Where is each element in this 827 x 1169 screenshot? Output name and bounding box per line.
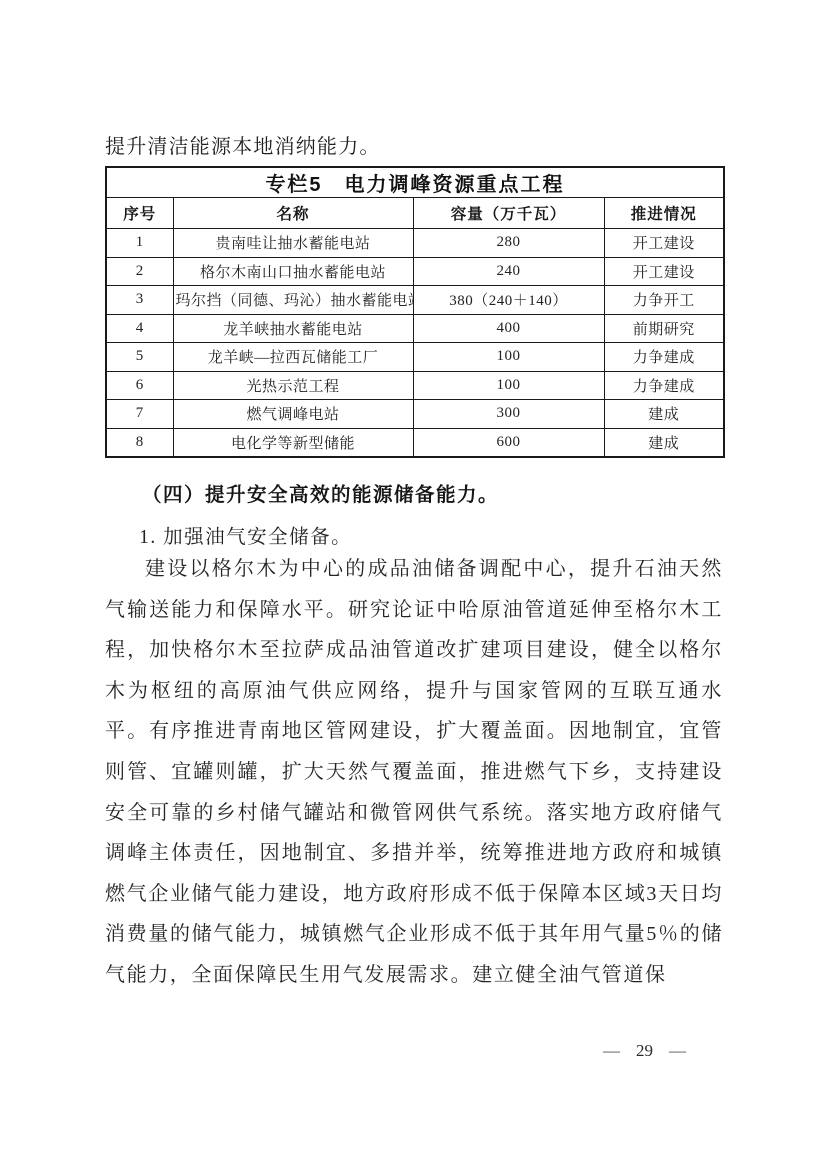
table-title-row: 专栏5 电力调峰资源重点工程 [106, 167, 724, 198]
table-row: 2 格尔木南山口抽水蓄能电站 240 开工建设 [106, 257, 724, 286]
body-paragraph: 建设以格尔木为中心的成品油储备调配中心，提升石油天然气输送能力和保障水平。研究论… [105, 549, 723, 996]
cell-seq: 8 [106, 428, 173, 457]
table-title: 专栏5 电力调峰资源重点工程 [106, 167, 724, 198]
column-header-seq: 序号 [106, 198, 173, 229]
cell-status: 建成 [604, 400, 724, 429]
section-heading-four: （四）提升安全高效的能源储备能力。 [105, 479, 725, 507]
cell-name: 电化学等新型储能 [173, 428, 413, 457]
cell-name: 格尔木南山口抽水蓄能电站 [173, 257, 413, 286]
table-row: 7 燃气调峰电站 300 建成 [106, 400, 724, 429]
column-header-name: 名称 [173, 198, 413, 229]
page-number-value: 29 [636, 1041, 653, 1060]
cell-status: 力争建成 [604, 371, 724, 400]
page-number-right-dash: — [669, 1041, 686, 1060]
column-header-capacity: 容量（万千瓦） [413, 198, 604, 229]
cell-seq: 5 [106, 343, 173, 372]
intro-paragraph-continuation: 提升清洁能源本地消纳能力。 [105, 133, 725, 161]
cell-status: 建成 [604, 428, 724, 457]
page-number: —29— [603, 1041, 686, 1061]
table-row: 6 光热示范工程 100 力争建成 [106, 371, 724, 400]
cell-capacity: 380（240＋140） [413, 286, 604, 315]
cell-name: 贵南哇让抽水蓄能电站 [173, 229, 413, 258]
cell-capacity: 100 [413, 343, 604, 372]
table-row: 5 龙羊峡—拉西瓦储能工厂 100 力争建成 [106, 343, 724, 372]
cell-status: 前期研究 [604, 314, 724, 343]
power-peaking-projects-table: 专栏5 电力调峰资源重点工程 序号 名称 容量（万千瓦） 推进情况 1 贵南哇让… [105, 166, 725, 458]
column-header-status: 推进情况 [604, 198, 724, 229]
cell-seq: 2 [106, 257, 173, 286]
cell-seq: 4 [106, 314, 173, 343]
cell-name: 光热示范工程 [173, 371, 413, 400]
cell-capacity: 400 [413, 314, 604, 343]
cell-seq: 3 [106, 286, 173, 315]
cell-capacity: 280 [413, 229, 604, 258]
cell-seq: 6 [106, 371, 173, 400]
cell-status: 开工建设 [604, 257, 724, 286]
table-row: 4 龙羊峡抽水蓄能电站 400 前期研究 [106, 314, 724, 343]
table-row: 1 贵南哇让抽水蓄能电站 280 开工建设 [106, 229, 724, 258]
table-row: 8 电化学等新型储能 600 建成 [106, 428, 724, 457]
cell-status: 力争开工 [604, 286, 724, 315]
cell-status: 力争建成 [604, 343, 724, 372]
cell-name: 龙羊峡—拉西瓦储能工厂 [173, 343, 413, 372]
cell-name: 燃气调峰电站 [173, 400, 413, 429]
page-number-left-dash: — [603, 1041, 620, 1060]
cell-name: 龙羊峡抽水蓄能电站 [173, 314, 413, 343]
table-row: 3 玛尔挡（同德、玛沁）抽水蓄能电站 380（240＋140） 力争开工 [106, 286, 724, 315]
cell-capacity: 100 [413, 371, 604, 400]
cell-seq: 1 [106, 229, 173, 258]
cell-name: 玛尔挡（同德、玛沁）抽水蓄能电站 [173, 286, 413, 315]
subsection-heading-1: 1. 加强油气安全储备。 [105, 521, 725, 549]
table-header-row: 序号 名称 容量（万千瓦） 推进情况 [106, 198, 724, 229]
cell-capacity: 600 [413, 428, 604, 457]
cell-capacity: 240 [413, 257, 604, 286]
cell-status: 开工建设 [604, 229, 724, 258]
cell-seq: 7 [106, 400, 173, 429]
cell-capacity: 300 [413, 400, 604, 429]
document-page: 提升清洁能源本地消纳能力。 专栏5 电力调峰资源重点工程 序号 名称 容量（万千… [0, 0, 827, 1169]
